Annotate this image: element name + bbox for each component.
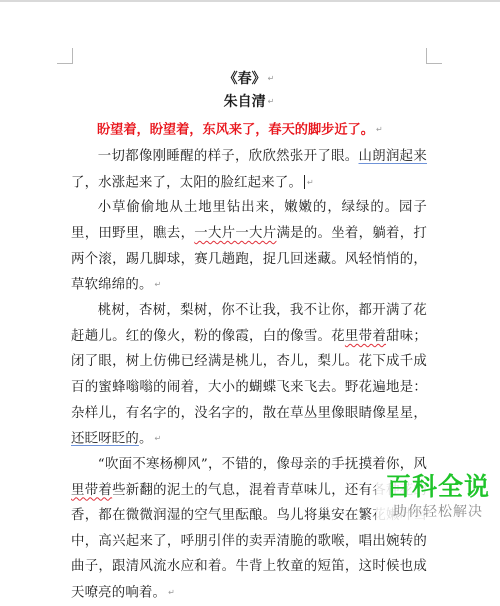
- spelling-flagged-text[interactable]: 里带着: [345, 329, 386, 344]
- paragraph-mark-icon: ↵: [155, 434, 162, 443]
- watermark-title: 百科全说: [376, 472, 500, 502]
- grammar-flagged-text[interactable]: 还眨呀眨的: [71, 431, 139, 446]
- spelling-flagged-text[interactable]: 一大片一大片: [194, 226, 276, 241]
- document-title: 《春》↵: [71, 66, 427, 88]
- margin-corner-top-left: [57, 48, 73, 64]
- paragraph-mark-icon: ↵: [307, 178, 314, 187]
- document-author: 朱自清↵: [71, 88, 427, 116]
- text-segment: 一切都像刚睡醒的样子，欣欣然张开了眼。: [98, 149, 359, 164]
- paragraph-4: “吹面不寒杨柳风”，不错的，像母亲的手抚摸着你，风里带着些新翻的泥土的气息，混着…: [71, 452, 427, 531]
- document-subtitle: 盼望着，盼望着，东风来了，春天的脚步近了。↵: [71, 116, 427, 144]
- document-body[interactable]: 《春》↵ 朱自清↵ 盼望着，盼望着，东风来了，春天的脚步近了。↵ 一切都像刚睡醒…: [71, 66, 427, 531]
- margin-corner-top-right: [426, 48, 442, 64]
- watermark-tagline: 助你轻松解决: [376, 502, 500, 522]
- title-text: 《春》: [224, 71, 266, 87]
- paragraph-mark-icon: ↵: [268, 97, 275, 106]
- paragraph-mark-icon: ↵: [155, 280, 162, 289]
- document-page[interactable]: 《春》↵ 朱自清↵ 盼望着，盼望着，东风来了，春天的脚步近了。↵ 一切都像刚睡醒…: [0, 2, 500, 531]
- grammar-flagged-text[interactable]: 山朗润起来: [359, 149, 427, 164]
- paragraph-mark-icon: ↵: [268, 74, 275, 83]
- author-text: 朱自清: [224, 94, 266, 110]
- spelling-flagged-text[interactable]: 里带着: [71, 483, 112, 498]
- text-segment: 。: [139, 431, 153, 446]
- text-segment: 了，水涨起来了，太阳的脸红起来了。: [71, 175, 302, 190]
- paragraph-3: 桃树，杏树，梨树，你不让我，我不让你，都开满了花赶趟儿。红的像火，粉的像霞，白的…: [71, 298, 427, 452]
- paragraph-1: 一切都像刚睡醒的样子，欣欣然张开了眼。山朗润起来了，水涨起来了，太阳的脸红起来了…: [71, 144, 427, 195]
- watermark-logo: 百科全说 助你轻松解决: [376, 472, 500, 522]
- text-segment: “吹面不寒杨柳风”，不错的，像母亲的手抚摸着你，风: [98, 457, 427, 472]
- subtitle-text: 盼望着，盼望着，东风来了，春天的脚步近了。: [97, 123, 374, 138]
- paragraph-mark-icon: ↵: [376, 125, 383, 134]
- text-segment: 些新翻的泥土的气息，混着青草味儿，还有各种花的香，都在微微润湿的空气里酝酿。鸟儿…: [71, 483, 427, 531]
- paragraph-2: 小草偷偷地从土地里钻出来，嫩嫩的，绿绿的。园子里，田野里，瞧去，一大片一大片满是…: [71, 195, 427, 298]
- text-cursor: [304, 175, 305, 189]
